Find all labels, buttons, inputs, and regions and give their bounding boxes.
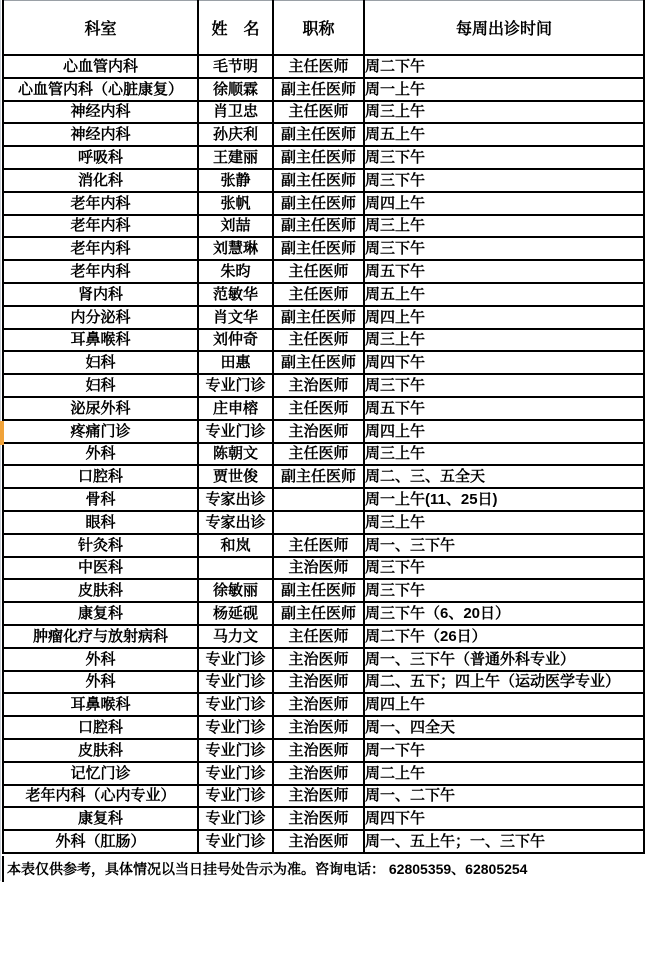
cell-schedule: 周五上午 [364,123,644,146]
cell-schedule: 周三上午 [364,511,644,534]
cell-schedule: 周二下午（26日） [364,625,644,648]
table-row: 外科 专业门诊 主治医师 周二、五下；四上午（运动医学专业） [3,671,644,694]
cell-schedule: 周五下午 [364,260,644,283]
cell-schedule: 周三上午 [364,215,644,238]
table-row: 外科（肛肠） 专业门诊 主治医师 周一、五上午；一、三下午 [3,830,644,853]
cell-title: 主治医师 [273,693,364,716]
cell-title: 主治医师 [273,807,364,830]
cell-title: 副主任医师 [273,123,364,146]
cell-schedule: 周一下午 [364,739,644,762]
cell-department: 中医科 [3,557,198,580]
cell-department: 记忆门诊 [3,762,198,785]
cell-schedule: 周三下午 [364,374,644,397]
cell-department: 口腔科 [3,465,198,488]
cell-department: 妇科 [3,351,198,374]
cell-department: 康复科 [3,807,198,830]
header-doctor-name: 姓 名 [198,1,273,56]
table-row: 皮肤科 徐敏丽 副主任医师 周三下午 [3,579,644,602]
table-row: 妇科 田惠 副主任医师 周四下午 [3,351,644,374]
cell-doctor-name: 专业门诊 [198,693,273,716]
cell-department: 外科（肛肠） [3,830,198,853]
table-row: 记忆门诊 专业门诊 主治医师 周二上午 [3,762,644,785]
cell-department: 老年内科 [3,260,198,283]
table-row: 耳鼻喉科 专业门诊 主治医师 周四上午 [3,693,644,716]
header-title: 职称 [273,1,364,56]
table-row: 泌尿外科 庄申榕 主任医师 周五下午 [3,397,644,420]
table-row: 老年内科 张帆 副主任医师 周四上午 [3,192,644,215]
cell-department: 外科 [3,671,198,694]
cell-title: 主任医师 [273,283,364,306]
cell-title: 主治医师 [273,671,364,694]
schedule-sheet: 科室 姓 名 职称 每周出诊时间 心血管内科 毛节明 主任医师 周二下午 心血管… [0,0,645,964]
cell-doctor-name: 专家出诊 [198,488,273,511]
cell-title: 副主任医师 [273,78,364,101]
cell-department: 肾内科 [3,283,198,306]
cell-doctor-name: 专业门诊 [198,374,273,397]
cell-title [273,511,364,534]
cell-schedule: 周三下午 [364,169,644,192]
cell-doctor-name: 庄申榕 [198,397,273,420]
table-row: 皮肤科 专业门诊 主治医师 周一下午 [3,739,644,762]
cell-title: 主任医师 [273,443,364,466]
table-row: 心血管内科 毛节明 主任医师 周二下午 [3,55,644,78]
table-row: 康复科 杨延砚 副主任医师 周三下午（6、20日） [3,602,644,625]
cell-doctor-name: 专业门诊 [198,420,273,443]
cell-schedule: 周一、五上午；一、三下午 [364,830,644,853]
cell-schedule: 周四下午 [364,807,644,830]
cell-department: 消化科 [3,169,198,192]
table-row: 口腔科 专业门诊 主治医师 周一、四全天 [3,716,644,739]
cell-department: 耳鼻喉科 [3,329,198,352]
cell-schedule: 周四下午 [364,351,644,374]
cell-department: 老年内科 [3,192,198,215]
cell-doctor-name: 王建丽 [198,146,273,169]
cell-title: 主任医师 [273,101,364,124]
cell-department: 外科 [3,443,198,466]
cell-doctor-name: 朱昀 [198,260,273,283]
cell-title: 副主任医师 [273,146,364,169]
cell-title: 主任医师 [273,260,364,283]
cell-title: 主治医师 [273,716,364,739]
header-schedule: 每周出诊时间 [364,1,644,56]
footer-note: 本表仅供参考，具体情况以当日挂号处告示为准。咨询电话： 62805359、628… [2,856,645,882]
row-highlight-marker [0,421,4,445]
cell-doctor-name: 刘喆 [198,215,273,238]
cell-department: 眼科 [3,511,198,534]
cell-department: 神经内科 [3,101,198,124]
cell-doctor-name: 肖文华 [198,306,273,329]
cell-department: 呼吸科 [3,146,198,169]
cell-title: 主治医师 [273,557,364,580]
table-row: 康复科 专业门诊 主治医师 周四下午 [3,807,644,830]
cell-title: 主治医师 [273,648,364,671]
cell-doctor-name: 徐敏丽 [198,579,273,602]
table-row: 中医科 主治医师 周三下午 [3,557,644,580]
cell-title: 主治医师 [273,739,364,762]
table-row: 神经内科 孙庆利 副主任医师 周五上午 [3,123,644,146]
cell-department: 神经内科 [3,123,198,146]
cell-title: 主任医师 [273,534,364,557]
table-row: 神经内科 肖卫忠 主任医师 周三上午 [3,101,644,124]
cell-doctor-name: 专业门诊 [198,830,273,853]
table-row: 老年内科 刘慧琳 副主任医师 周三下午 [3,237,644,260]
table-row: 呼吸科 王建丽 副主任医师 周三下午 [3,146,644,169]
cell-schedule: 周五下午 [364,397,644,420]
cell-title [273,488,364,511]
cell-title: 主任医师 [273,329,364,352]
cell-doctor-name: 专业门诊 [198,762,273,785]
cell-schedule: 周一、三下午（普通外科专业） [364,648,644,671]
cell-department: 康复科 [3,602,198,625]
cell-schedule: 周四上午 [364,693,644,716]
cell-department: 骨科 [3,488,198,511]
cell-doctor-name: 专业门诊 [198,807,273,830]
table-row: 老年内科 刘喆 副主任医师 周三上午 [3,215,644,238]
cell-schedule: 周三下午 [364,146,644,169]
cell-department: 疼痛门诊 [3,420,198,443]
table-row: 耳鼻喉科 刘仲奇 主任医师 周三上午 [3,329,644,352]
cell-doctor-name: 田惠 [198,351,273,374]
cell-doctor-name: 张帆 [198,192,273,215]
table-row: 肾内科 范敏华 主任医师 周五上午 [3,283,644,306]
cell-department: 老年内科 [3,237,198,260]
cell-doctor-name: 孙庆利 [198,123,273,146]
cell-department: 老年内科 [3,215,198,238]
cell-department: 内分泌科 [3,306,198,329]
cell-doctor-name: 徐顺霖 [198,78,273,101]
cell-doctor-name: 和岚 [198,534,273,557]
cell-department: 口腔科 [3,716,198,739]
cell-schedule: 周四上午 [364,306,644,329]
table-row: 疼痛门诊 专业门诊 主治医师 周四上午 [3,420,644,443]
cell-schedule: 周二下午 [364,55,644,78]
cell-schedule: 周四上午 [364,420,644,443]
cell-department: 泌尿外科 [3,397,198,420]
table-header-row: 科室 姓 名 职称 每周出诊时间 [3,1,644,56]
cell-title: 主治医师 [273,830,364,853]
cell-schedule: 周三下午 [364,557,644,580]
cell-doctor-name: 专业门诊 [198,739,273,762]
cell-doctor-name: 贾世俊 [198,465,273,488]
cell-schedule: 周三下午（6、20日） [364,602,644,625]
table-row: 外科 陈朝文 主任医师 周三上午 [3,443,644,466]
table-row: 外科 专业门诊 主治医师 周一、三下午（普通外科专业） [3,648,644,671]
cell-doctor-name: 杨延砚 [198,602,273,625]
cell-department: 皮肤科 [3,579,198,602]
cell-schedule: 周三下午 [364,237,644,260]
cell-title: 主治医师 [273,374,364,397]
table-body: 心血管内科 毛节明 主任医师 周二下午 心血管内科（心脏康复） 徐顺霖 副主任医… [3,55,644,853]
cell-title: 副主任医师 [273,465,364,488]
cell-title: 主任医师 [273,55,364,78]
table-row: 内分泌科 肖文华 副主任医师 周四上午 [3,306,644,329]
cell-doctor-name: 陈朝文 [198,443,273,466]
cell-doctor-name: 刘慧琳 [198,237,273,260]
cell-department: 心血管内科（心脏康复） [3,78,198,101]
cell-schedule: 周一、四全天 [364,716,644,739]
cell-department: 肿瘤化疗与放射病科 [3,625,198,648]
table-row: 消化科 张静 副主任医师 周三下午 [3,169,644,192]
cell-schedule: 周二上午 [364,762,644,785]
table-row: 心血管内科（心脏康复） 徐顺霖 副主任医师 周一上午 [3,78,644,101]
cell-title: 主治医师 [273,762,364,785]
cell-title: 主治医师 [273,785,364,808]
cell-title: 副主任医师 [273,215,364,238]
table-row: 肿瘤化疗与放射病科 马力文 主任医师 周二下午（26日） [3,625,644,648]
cell-schedule: 周二、三、五全天 [364,465,644,488]
table-row: 骨科 专家出诊 周一上午(11、25日) [3,488,644,511]
cell-title: 主任医师 [273,625,364,648]
cell-department: 心血管内科 [3,55,198,78]
cell-doctor-name [198,557,273,580]
table-row: 妇科 专业门诊 主治医师 周三下午 [3,374,644,397]
cell-title: 副主任医师 [273,237,364,260]
table-row: 口腔科 贾世俊 副主任医师 周二、三、五全天 [3,465,644,488]
cell-title: 副主任医师 [273,192,364,215]
cell-doctor-name: 范敏华 [198,283,273,306]
cell-schedule: 周一上午 [364,78,644,101]
cell-department: 皮肤科 [3,739,198,762]
cell-department: 妇科 [3,374,198,397]
cell-title: 副主任医师 [273,579,364,602]
cell-title: 主治医师 [273,420,364,443]
cell-schedule: 周一、三下午 [364,534,644,557]
outpatient-schedule-table: 科室 姓 名 职称 每周出诊时间 心血管内科 毛节明 主任医师 周二下午 心血管… [2,0,645,854]
cell-schedule: 周三上午 [364,101,644,124]
table-row: 老年内科（心内专业） 专业门诊 主治医师 周一、二下午 [3,785,644,808]
cell-doctor-name: 刘仲奇 [198,329,273,352]
cell-schedule: 周五上午 [364,283,644,306]
cell-title: 副主任医师 [273,306,364,329]
cell-doctor-name: 专业门诊 [198,785,273,808]
cell-doctor-name: 专家出诊 [198,511,273,534]
cell-department: 老年内科（心内专业） [3,785,198,808]
cell-schedule: 周三上午 [364,329,644,352]
cell-title: 主任医师 [273,397,364,420]
cell-doctor-name: 专业门诊 [198,716,273,739]
cell-department: 外科 [3,648,198,671]
cell-doctor-name: 张静 [198,169,273,192]
cell-schedule: 周一、二下午 [364,785,644,808]
cell-schedule: 周三下午 [364,579,644,602]
header-department: 科室 [3,1,198,56]
cell-doctor-name: 专业门诊 [198,671,273,694]
table-row: 眼科 专家出诊 周三上午 [3,511,644,534]
cell-department: 针灸科 [3,534,198,557]
cell-doctor-name: 毛节明 [198,55,273,78]
cell-doctor-name: 肖卫忠 [198,101,273,124]
cell-schedule: 周三上午 [364,443,644,466]
cell-title: 副主任医师 [273,602,364,625]
cell-title: 副主任医师 [273,169,364,192]
cell-schedule: 周一上午(11、25日) [364,488,644,511]
cell-title: 副主任医师 [273,351,364,374]
cell-doctor-name: 专业门诊 [198,648,273,671]
table-row: 老年内科 朱昀 主任医师 周五下午 [3,260,644,283]
cell-schedule: 周二、五下；四上午（运动医学专业） [364,671,644,694]
cell-department: 耳鼻喉科 [3,693,198,716]
table-row: 针灸科 和岚 主任医师 周一、三下午 [3,534,644,557]
cell-doctor-name: 马力文 [198,625,273,648]
cell-schedule: 周四上午 [364,192,644,215]
